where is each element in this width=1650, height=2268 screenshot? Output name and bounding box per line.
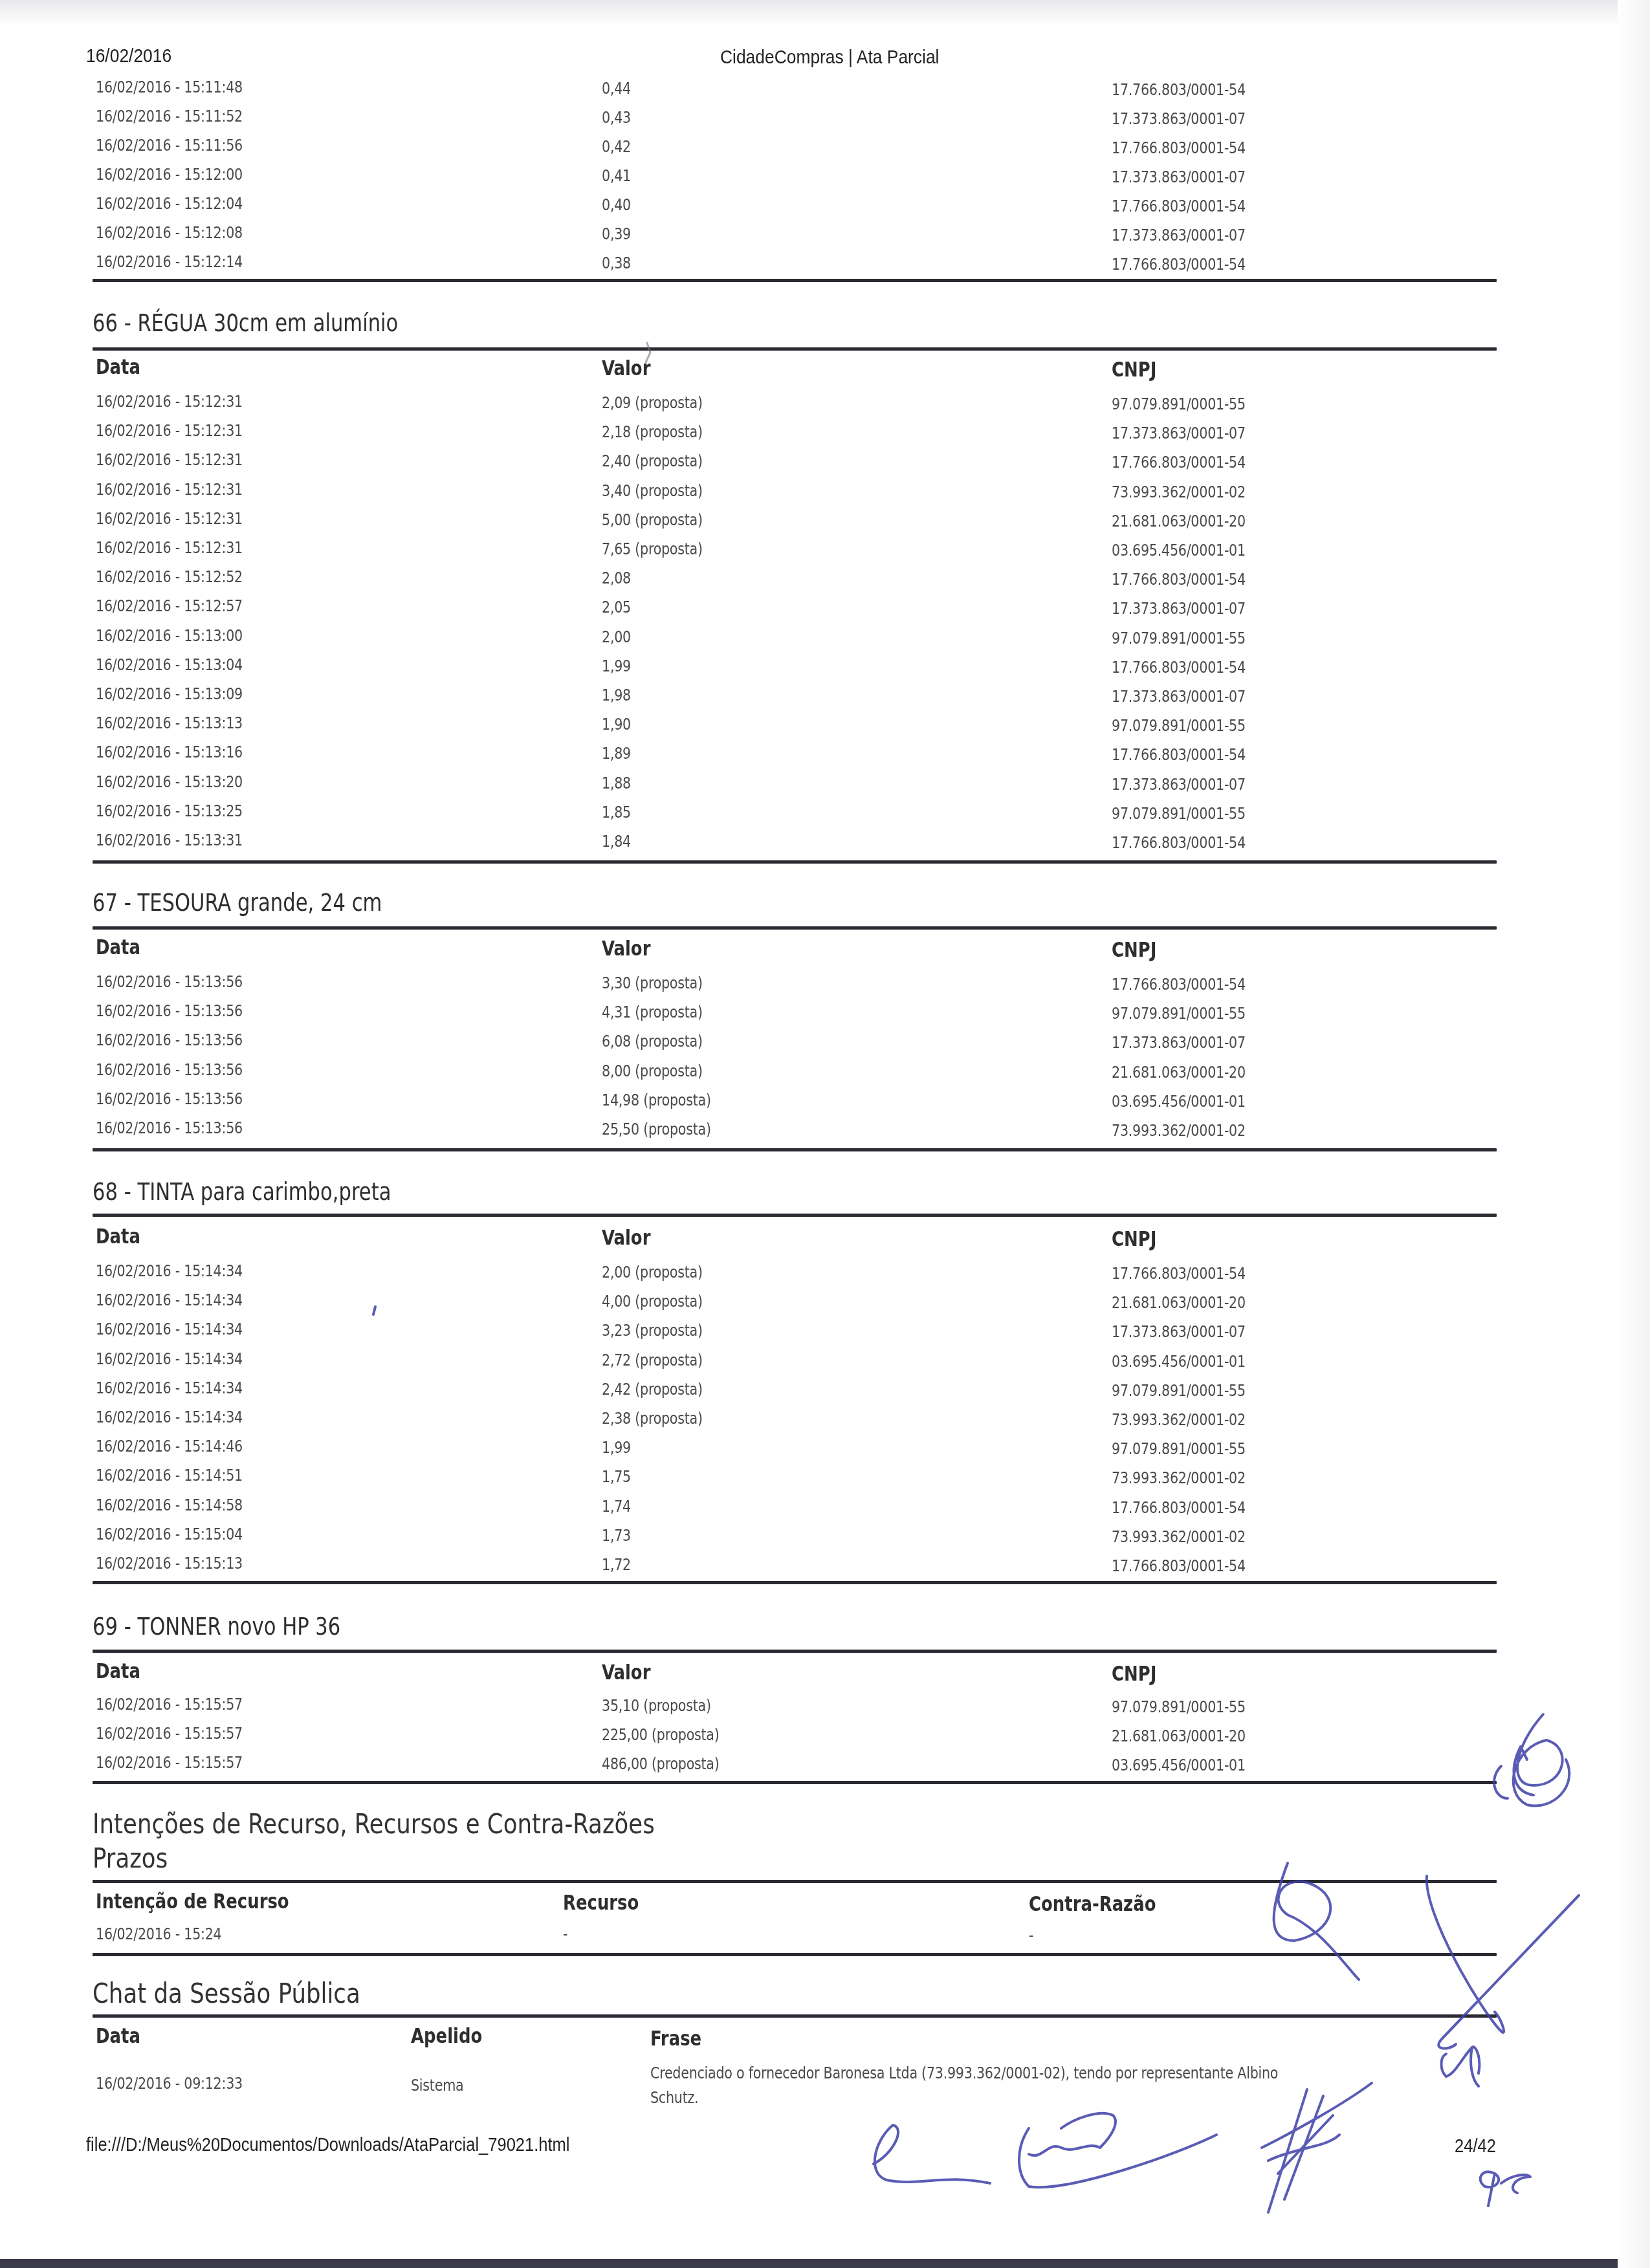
bid-cnpj: 97.079.891/0001-55: [1112, 395, 1246, 413]
bid-value: 2,09 (proposta): [602, 393, 703, 412]
prazos-subtitle: Prazos: [93, 1842, 168, 1875]
bid-value: 2,00 (proposta): [602, 1263, 703, 1281]
bid-value: 7,65 (proposta): [602, 540, 703, 558]
bid-cnpj: 17.373.863/0001-07: [1112, 687, 1246, 706]
bid-date: 16/02/2016 - 15:12:31: [96, 450, 243, 469]
bid-value: 2,18 (proposta): [602, 422, 703, 441]
bid-cnpj: 73.993.362/0001-02: [1112, 483, 1246, 501]
bid-value: 2,00: [602, 627, 631, 646]
bid-date: 16/02/2016 - 15:13:31: [96, 831, 243, 849]
bid-value: 225,00 (proposta): [602, 1725, 720, 1744]
column-header-cnpj: CNPJ: [1112, 1227, 1156, 1251]
column-header-data: Data: [96, 1659, 140, 1683]
divider-rule: [93, 279, 1497, 282]
bid-cnpj: 17.373.863/0001-07: [1112, 1322, 1246, 1341]
scan-right-edge: [1618, 0, 1650, 2268]
bid-value: 8,00 (proposta): [602, 1062, 703, 1080]
scan-bottom-edge: [0, 2259, 1650, 2268]
bid-cnpj: 17.373.863/0001-07: [1112, 775, 1246, 794]
bid-date: 16/02/2016 - 15:14:34: [96, 1349, 243, 1368]
bid-date: 16/02/2016 - 15:12:57: [96, 596, 243, 615]
chat-message-nickname: Sistema: [411, 2076, 463, 2095]
bid-date: 16/02/2016 - 15:12:31: [96, 421, 243, 440]
bid-value: 1,72: [602, 1555, 631, 1574]
bid-value: 2,38 (proposta): [602, 1409, 703, 1428]
bid-cnpj: 17.766.803/0001-54: [1112, 745, 1246, 764]
bid-cnpj: 17.766.803/0001-54: [1112, 80, 1246, 99]
bid-date: 16/02/2016 - 15:13:13: [96, 714, 243, 732]
bid-date: 16/02/2016 - 15:12:04: [96, 194, 243, 213]
bid-cnpj: 17.373.863/0001-07: [1112, 109, 1246, 128]
column-header-apelido: Apelido: [411, 2023, 482, 2048]
bid-cnpj: 17.766.803/0001-54: [1112, 570, 1246, 589]
bid-date: 16/02/2016 - 15:12:31: [96, 538, 243, 557]
bid-date: 16/02/2016 - 15:11:52: [96, 107, 243, 125]
signature-e-icon: [874, 2125, 990, 2183]
bid-value: 2,42 (proposta): [602, 1380, 703, 1399]
bid-value: 14,98 (proposta): [602, 1091, 711, 1109]
bid-cnpj: 17.766.803/0001-54: [1112, 453, 1246, 472]
bid-cnpj: 21.681.063/0001-20: [1112, 1063, 1246, 1082]
chat-message-text-line1: Credenciado o fornecedor Baronesa Ltda (…: [650, 2064, 1278, 2082]
initials-icon: [1494, 1714, 1569, 1806]
intencao-value: 16/02/2016 - 15:24: [96, 1925, 222, 1943]
bid-date: 16/02/2016 - 15:14:34: [96, 1261, 243, 1280]
bid-date: 16/02/2016 - 15:12:14: [96, 252, 243, 271]
column-header-data: Data: [96, 354, 140, 379]
bid-date: 16/02/2016 - 15:14:34: [96, 1291, 243, 1309]
column-header-cnpj: CNPJ: [1112, 937, 1156, 962]
bid-date: 16/02/2016 - 15:15:04: [96, 1525, 243, 1543]
bid-cnpj: 17.373.863/0001-07: [1112, 1033, 1246, 1052]
bid-value: 3,23 (proposta): [602, 1321, 703, 1340]
page-title: CidadeCompras | Ata Parcial: [720, 47, 939, 69]
column-header-valor: Valor: [602, 1660, 650, 1685]
bid-date: 16/02/2016 - 15:11:56: [96, 136, 243, 155]
bid-cnpj: 97.079.891/0001-55: [1112, 1004, 1246, 1023]
bid-cnpj: 17.766.803/0001-54: [1112, 138, 1246, 157]
bid-value: 2,05: [602, 598, 631, 616]
footer-url: file:///D:/Meus%20Documentos/Downloads/A…: [86, 2135, 570, 2156]
bid-cnpj: 17.766.803/0001-54: [1112, 658, 1246, 677]
column-header-data: Data: [96, 1224, 140, 1248]
bid-date: 16/02/2016 - 15:14:51: [96, 1466, 243, 1485]
divider-rule: [93, 860, 1497, 864]
column-header-contra-razao: Contra-Razão: [1029, 1892, 1156, 1916]
pen-mark-icon: [373, 1307, 375, 1314]
chat-message-date: 16/02/2016 - 09:12:33: [96, 2074, 243, 2093]
bid-cnpj: 17.766.803/0001-54: [1112, 197, 1246, 215]
recurso-value: -: [563, 1925, 567, 1943]
bid-value: 1,84: [602, 832, 631, 851]
bid-cnpj: 17.766.803/0001-54: [1112, 833, 1246, 852]
divider-rule: [93, 1148, 1497, 1151]
bid-date: 16/02/2016 - 15:13:56: [96, 1118, 243, 1137]
column-header-data: Data: [96, 935, 140, 959]
bid-date: 16/02/2016 - 15:14:34: [96, 1379, 243, 1397]
bid-date: 16/02/2016 - 15:12:31: [96, 480, 243, 499]
bid-date: 16/02/2016 - 15:12:08: [96, 223, 243, 242]
divider-rule: [93, 1214, 1497, 1217]
bid-value: 0,40: [602, 195, 631, 214]
bid-cnpj: 97.079.891/0001-55: [1112, 1697, 1246, 1716]
bid-value: 3,40 (proposta): [602, 481, 703, 500]
bid-cnpj: 03.695.456/0001-01: [1112, 1756, 1246, 1774]
signature-hatch-icon: [1262, 2083, 1372, 2212]
bid-value: 1,75: [602, 1467, 631, 1486]
bid-value: 1,73: [602, 1526, 631, 1545]
bid-cnpj: 73.993.362/0001-02: [1112, 1121, 1246, 1140]
bid-date: 16/02/2016 - 15:13:09: [96, 684, 243, 703]
item-title: 67 - TESOURA grande, 24 cm: [93, 889, 382, 917]
signature-scribble-icon: [1019, 2113, 1216, 2187]
contra-razao-value: -: [1029, 1926, 1033, 1945]
divider-rule: [93, 1953, 1497, 1956]
column-header-intencao: Intenção de Recurso: [96, 1889, 289, 1914]
item-title: 69 - TONNER novo HP 36: [93, 1613, 340, 1641]
initials-ac-icon: [1480, 2172, 1530, 2206]
bid-date: 16/02/2016 - 15:11:48: [96, 78, 243, 96]
bid-value: 1,88: [602, 774, 631, 792]
bid-value: 0,41: [602, 166, 631, 185]
bid-value: 1,90: [602, 715, 631, 734]
bid-cnpj: 17.766.803/0001-54: [1112, 975, 1246, 994]
bid-cnpj: 97.079.891/0001-55: [1112, 1381, 1246, 1400]
bid-date: 16/02/2016 - 15:13:04: [96, 655, 243, 674]
column-header-recurso: Recurso: [563, 1890, 639, 1915]
bid-date: 16/02/2016 - 15:13:20: [96, 772, 243, 791]
column-header-cnpj: CNPJ: [1112, 357, 1156, 382]
bid-date: 16/02/2016 - 15:12:31: [96, 392, 243, 411]
bid-cnpj: 21.681.063/0001-20: [1112, 1293, 1246, 1312]
page-number: 24/42: [1455, 2136, 1496, 2157]
bid-cnpj: 03.695.456/0001-01: [1112, 1092, 1246, 1111]
column-header-frase: Frase: [650, 2026, 701, 2051]
column-header-valor: Valor: [602, 1225, 650, 1250]
bid-date: 16/02/2016 - 15:13:00: [96, 626, 243, 645]
bid-cnpj: 97.079.891/0001-55: [1112, 804, 1246, 823]
bid-value: 1,85: [602, 803, 631, 822]
bid-date: 16/02/2016 - 15:12:52: [96, 567, 243, 586]
bid-date: 16/02/2016 - 15:15:13: [96, 1554, 243, 1573]
divider-rule: [93, 1650, 1497, 1653]
bid-value: 35,10 (proposta): [602, 1696, 711, 1715]
bid-date: 16/02/2016 - 15:13:56: [96, 972, 243, 991]
bid-date: 16/02/2016 - 15:14:58: [96, 1496, 243, 1514]
bid-value: 1,89: [602, 744, 631, 763]
item-title: 66 - RÉGUA 30cm em alumínio: [93, 309, 398, 337]
bid-cnpj: 17.766.803/0001-54: [1112, 255, 1246, 274]
bid-date: 16/02/2016 - 15:13:56: [96, 1030, 243, 1049]
bid-cnpj: 21.681.063/0001-20: [1112, 512, 1246, 530]
bid-value: 0,43: [602, 108, 631, 127]
bid-cnpj: 17.373.863/0001-07: [1112, 599, 1246, 618]
bid-value: 3,30 (proposta): [602, 974, 703, 992]
divider-rule: [93, 1581, 1497, 1584]
bid-value: 2,08: [602, 569, 631, 587]
divider-rule: [93, 1880, 1497, 1883]
bid-cnpj: 97.079.891/0001-55: [1112, 1439, 1246, 1458]
bid-value: 4,00 (proposta): [602, 1292, 703, 1311]
chat-section-title: Chat da Sessão Pública: [93, 1978, 360, 2010]
bid-cnpj: 17.766.803/0001-54: [1112, 1264, 1246, 1283]
divider-rule: [93, 926, 1497, 930]
column-header-cnpj: CNPJ: [1112, 1661, 1156, 1686]
bid-value: 0,38: [602, 254, 631, 272]
bid-date: 16/02/2016 - 15:13:56: [96, 1089, 243, 1108]
bid-date: 16/02/2016 - 15:12:31: [96, 509, 243, 528]
bid-cnpj: 03.695.456/0001-01: [1112, 541, 1246, 560]
bid-cnpj: 21.681.063/0001-20: [1112, 1727, 1246, 1745]
bid-date: 16/02/2016 - 15:13:16: [96, 743, 243, 761]
bid-value: 2,40 (proposta): [602, 452, 703, 470]
bid-cnpj: 03.695.456/0001-01: [1112, 1352, 1246, 1371]
divider-rule: [93, 2014, 1497, 2018]
initials-m-icon: [1442, 2047, 1480, 2086]
bid-value: 0,39: [602, 224, 631, 243]
bid-value: 4,31 (proposta): [602, 1003, 703, 1021]
column-header-data: Data: [96, 2023, 140, 2048]
bid-value: 486,00 (proposta): [602, 1754, 720, 1773]
bid-cnpj: 17.766.803/0001-54: [1112, 1498, 1246, 1517]
bid-cnpj: 97.079.891/0001-55: [1112, 716, 1246, 735]
bid-date: 16/02/2016 - 15:15:57: [96, 1724, 243, 1743]
scan-top-shadow: [0, 0, 1650, 26]
chat-message-text-line2: Schutz.: [650, 2088, 698, 2107]
print-date: 16/02/2016: [86, 45, 171, 67]
bid-cnpj: 17.373.863/0001-07: [1112, 226, 1246, 245]
bid-value: 1,99: [602, 1438, 631, 1457]
divider-rule: [93, 1781, 1497, 1784]
bid-value: 25,50 (proposta): [602, 1120, 711, 1139]
bid-value: 6,08 (proposta): [602, 1032, 703, 1051]
bid-date: 16/02/2016 - 15:13:56: [96, 1001, 243, 1020]
bid-cnpj: 17.373.863/0001-07: [1112, 424, 1246, 442]
bid-date: 16/02/2016 - 15:15:57: [96, 1753, 243, 1772]
bid-value: 5,00 (proposta): [602, 510, 703, 529]
bid-cnpj: 17.373.863/0001-07: [1112, 168, 1246, 186]
recursos-section-title: Intenções de Recurso, Recursos e Contra-…: [93, 1808, 655, 1840]
bid-value: 0,42: [602, 137, 631, 156]
signature-cross-icon: [1427, 1876, 1579, 2049]
handwritten-signatures: [0, 0, 1650, 2268]
bid-value: 1,98: [602, 686, 631, 704]
bid-date: 16/02/2016 - 15:15:57: [96, 1695, 243, 1714]
bid-date: 16/02/2016 - 15:14:34: [96, 1408, 243, 1426]
bid-date: 16/02/2016 - 15:14:34: [96, 1320, 243, 1338]
column-header-valor: Valor: [602, 356, 650, 380]
bid-cnpj: 73.993.362/0001-02: [1112, 1468, 1246, 1487]
bid-value: 1,74: [602, 1497, 631, 1516]
bid-value: 2,72 (proposta): [602, 1351, 703, 1369]
bid-cnpj: 73.993.362/0001-02: [1112, 1410, 1246, 1429]
bid-date: 16/02/2016 - 15:14:46: [96, 1437, 243, 1456]
column-header-valor: Valor: [602, 936, 650, 961]
bid-value: 1,99: [602, 657, 631, 675]
divider-rule: [93, 347, 1497, 351]
bid-date: 16/02/2016 - 15:13:56: [96, 1060, 243, 1079]
bid-cnpj: 97.079.891/0001-55: [1112, 629, 1246, 648]
bid-value: 0,44: [602, 79, 631, 98]
bid-cnpj: 73.993.362/0001-02: [1112, 1527, 1246, 1546]
bid-date: 16/02/2016 - 15:13:25: [96, 801, 243, 820]
item-title: 68 - TINTA para carimbo,preta: [93, 1178, 391, 1206]
bid-cnpj: 17.766.803/0001-54: [1112, 1556, 1246, 1575]
bid-date: 16/02/2016 - 15:12:00: [96, 165, 243, 184]
